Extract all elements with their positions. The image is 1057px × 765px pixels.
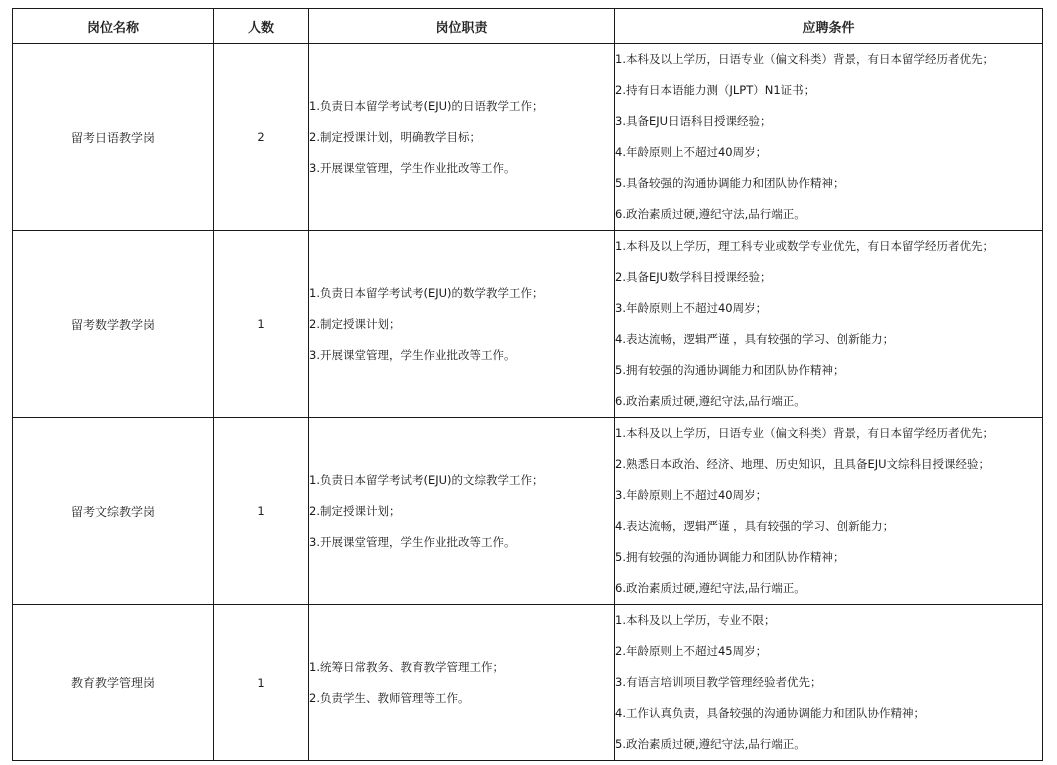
requirements-cell: 1.本科及以上学历，日语专业（偏文科类）背景，有日本留学经历者优先； 2.熟悉日…: [615, 418, 1043, 605]
header-duties: 岗位职责: [309, 9, 615, 44]
duty-item: 3.开展课堂管理，学生作业批改等工作。: [309, 153, 614, 184]
requirement-item: 2.年龄原则上不超过45周岁；: [615, 636, 1042, 667]
duty-item: 1.负责日本留学考试考(EJU)的数学教学工作；: [309, 278, 614, 309]
requirement-item: 1.本科及以上学历，日语专业（偏文科类）背景，有日本留学经历者优先；: [615, 418, 1042, 449]
requirement-item: 4.年龄原则上不超过40周岁；: [615, 137, 1042, 168]
requirement-item: 3.具备EJU日语科目授课经验；: [615, 106, 1042, 137]
duty-item: 2.制定授课计划，明确教学目标；: [309, 122, 614, 153]
requirement-item: 5.具备较强的沟通协调能力和团队协作精神；: [615, 168, 1042, 199]
requirement-item: 1.本科及以上学历，理工科专业或数学专业优先，有日本留学经历者优先；: [615, 231, 1042, 262]
requirement-item: 2.具备EJU数学科目授课经验；: [615, 262, 1042, 293]
requirement-item: 3.年龄原则上不超过40周岁；: [615, 293, 1042, 324]
headcount: 1: [214, 231, 309, 418]
table-row: 教育教学管理岗 1 1.统筹日常教务、教育教学管理工作； 2.负责学生、教师管理…: [13, 605, 1043, 761]
duties-cell: 1.负责日本留学考试考(EJU)的数学教学工作； 2.制定授课计划； 3.开展课…: [309, 231, 615, 418]
table-row: 留考文综教学岗 1 1.负责日本留学考试考(EJU)的文综教学工作； 2.制定授…: [13, 418, 1043, 605]
duty-item: 2.制定授课计划；: [309, 496, 614, 527]
requirement-item: 1.本科及以上学历，专业不限；: [615, 605, 1042, 636]
duty-item: 2.负责学生、教师管理等工作。: [309, 683, 614, 714]
duty-item: 1.统筹日常教务、教育教学管理工作；: [309, 652, 614, 683]
duties-cell: 1.负责日本留学考试考(EJU)的日语教学工作； 2.制定授课计划，明确教学目标…: [309, 44, 615, 231]
requirement-item: 5.拥有较强的沟通协调能力和团队协作精神；: [615, 355, 1042, 386]
position-name: 留考文综教学岗: [13, 418, 214, 605]
position-name: 教育教学管理岗: [13, 605, 214, 761]
duty-item: 3.开展课堂管理，学生作业批改等工作。: [309, 340, 614, 371]
duty-item: 2.制定授课计划；: [309, 309, 614, 340]
requirement-item: 3.有语言培训项目教学管理经验者优先；: [615, 667, 1042, 698]
requirements-cell: 1.本科及以上学历，理工科专业或数学专业优先，有日本留学经历者优先； 2.具备E…: [615, 231, 1043, 418]
header-requirements: 应聘条件: [615, 9, 1043, 44]
table-row: 留考日语教学岗 2 1.负责日本留学考试考(EJU)的日语教学工作； 2.制定授…: [13, 44, 1043, 231]
job-positions-table: 岗位名称 人数 岗位职责 应聘条件 留考日语教学岗 2 1.负责日本留学考试考(…: [12, 8, 1043, 761]
requirement-item: 4.表达流畅，逻辑严谨 ，具有较强的学习、创新能力；: [615, 324, 1042, 355]
position-name: 留考数学教学岗: [13, 231, 214, 418]
requirement-item: 2.持有日本语能力测（JLPT）N1证书；: [615, 75, 1042, 106]
header-position: 岗位名称: [13, 9, 214, 44]
requirement-item: 3.年龄原则上不超过40周岁；: [615, 480, 1042, 511]
table-row: 留考数学教学岗 1 1.负责日本留学考试考(EJU)的数学教学工作； 2.制定授…: [13, 231, 1043, 418]
duties-cell: 1.统筹日常教务、教育教学管理工作； 2.负责学生、教师管理等工作。: [309, 605, 615, 761]
table-header-row: 岗位名称 人数 岗位职责 应聘条件: [13, 9, 1043, 44]
position-name: 留考日语教学岗: [13, 44, 214, 231]
headcount: 1: [214, 605, 309, 761]
requirement-item: 2.熟悉日本政治、经济、地理、历史知识，且具备EJU文综科目授课经验；: [615, 449, 1042, 480]
requirements-cell: 1.本科及以上学历，日语专业（偏文科类）背景，有日本留学经历者优先； 2.持有日…: [615, 44, 1043, 231]
duty-item: 3.开展课堂管理，学生作业批改等工作。: [309, 527, 614, 558]
duty-item: 1.负责日本留学考试考(EJU)的文综教学工作；: [309, 465, 614, 496]
requirement-item: 1.本科及以上学历，日语专业（偏文科类）背景，有日本留学经历者优先；: [615, 44, 1042, 75]
duty-item: 1.负责日本留学考试考(EJU)的日语教学工作；: [309, 91, 614, 122]
requirement-item: 5.拥有较强的沟通协调能力和团队协作精神；: [615, 542, 1042, 573]
requirement-item: 4.表达流畅，逻辑严谨 ，具有较强的学习、创新能力；: [615, 511, 1042, 542]
requirement-item: 6.政治素质过硬,遵纪守法,品行端正。: [615, 199, 1042, 230]
requirement-item: 6.政治素质过硬,遵纪守法,品行端正。: [615, 386, 1042, 417]
duties-cell: 1.负责日本留学考试考(EJU)的文综教学工作； 2.制定授课计划； 3.开展课…: [309, 418, 615, 605]
requirement-item: 4.工作认真负责，具备较强的沟通协调能力和团队协作精神；: [615, 698, 1042, 729]
header-count: 人数: [214, 9, 309, 44]
headcount: 1: [214, 418, 309, 605]
headcount: 2: [214, 44, 309, 231]
requirement-item: 5.政治素质过硬,遵纪守法,品行端正。: [615, 729, 1042, 760]
requirement-item: 6.政治素质过硬,遵纪守法,品行端正。: [615, 573, 1042, 604]
requirements-cell: 1.本科及以上学历，专业不限； 2.年龄原则上不超过45周岁； 3.有语言培训项…: [615, 605, 1043, 761]
